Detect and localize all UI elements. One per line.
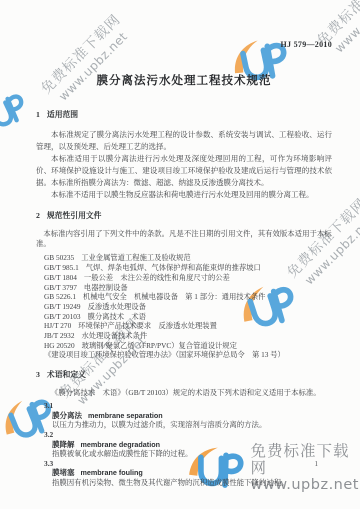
upbz-logo-icon xyxy=(0,84,34,141)
reference-item: GB/T 985.1气焊、焊条电弧焊、气体保护焊和高能束焊的推荐坡口 xyxy=(44,263,332,273)
term-en: membrane separation xyxy=(88,411,163,420)
reference-code: HG 20520 xyxy=(44,341,75,350)
section-number: 1 xyxy=(36,110,40,119)
paragraph: 本标准不适用于以膜生物反应器法和荷电膜进行污水处理及回用的膜分离工程。 xyxy=(36,189,332,201)
section-title: 适用范围 xyxy=(47,110,78,119)
reference-code: GB/T 3797 xyxy=(44,283,77,292)
reference-title: 环境保护产品技术要求 反渗透水处理装置 xyxy=(78,321,217,330)
reference-code: GB/T 19249 xyxy=(44,302,81,311)
reference-code: GB 50235 xyxy=(44,253,74,262)
term-heading: 膜堵塞membrane fouling xyxy=(52,468,332,478)
term-definition: 以压力为推动力，以膜为过滤介质，实现溶剂与溶质分离的方法。 xyxy=(52,420,332,430)
term-number: 3.3 xyxy=(44,459,332,469)
reference-item: HJ/T 270环境保护产品技术要求 反渗透水处理装置 xyxy=(44,321,332,331)
term-zh: 膜堵塞 xyxy=(52,468,75,477)
reference-code: GB 5226.1 xyxy=(44,292,76,301)
term-zh: 膜降解 xyxy=(52,440,75,449)
reference-code: GB/T 1804 xyxy=(44,273,77,282)
section-heading-terms: 3术语和定义 xyxy=(36,370,332,380)
reference-title: 电器控制设备 xyxy=(84,283,128,292)
term-en: membrane degradation xyxy=(81,440,160,449)
section-intro: 《膜分离技术 术语》（GB/T 20103）规定的术语及下列术语和定义适用于本标… xyxy=(36,388,332,398)
document-content: HJ 579—2010 膜分离法污水处理工程技术规范 1适用范围 本标准规定了膜… xyxy=(36,40,332,488)
reference-title: 《建设项目竣工环境保护验收管理办法》（国家环境保护总局令 第 13 号） xyxy=(44,350,285,359)
reference-code: HJ/T 270 xyxy=(44,321,71,330)
reference-item: GB/T 20103膜分离技术 术语 xyxy=(44,312,332,322)
section-intro: 本标准内容引用了下列文件中的条款。凡是不注日期的引用文件，其有效版本适用于本标准… xyxy=(36,229,332,249)
page-number: 1 xyxy=(315,460,319,468)
term-definition: 指膜被氧化或水解造成膜性能下降的过程。 xyxy=(52,449,332,459)
term-heading: 膜分离法membrane separation xyxy=(52,411,332,421)
term-number: 3.2 xyxy=(44,430,332,440)
reference-title: 玻璃钢/聚氯乙烯（FRP/PVC）复合管道设计规定 xyxy=(82,341,237,350)
paragraph: 本标准规定了膜分离法污水处理工程的设计参数、系统安装与调试、工程验收、运行管理，… xyxy=(36,129,332,153)
reference-item: GB 50235工业金属管道工程施工及验收规范 xyxy=(44,253,332,263)
reference-title: 机械电气安全 机械电器设备 第 1 部分：通用技术条件 xyxy=(83,292,265,301)
section-number: 2 xyxy=(36,211,40,220)
doc-number: HJ 579—2010 xyxy=(36,40,332,50)
section-heading-references: 2规范性引用文件 xyxy=(36,211,332,221)
term-definition: 指膜因有机污染物、微生物及其代谢产物的沉积造成膜性能下降的过程。 xyxy=(52,478,332,488)
reference-title: 一般公差 未注公差的线性和角度尺寸的公差 xyxy=(84,273,230,282)
reference-item: GB 5226.1机械电气安全 机械电器设备 第 1 部分：通用技术条件 xyxy=(44,292,332,302)
term-heading: 膜降解membrane degradation xyxy=(52,440,332,450)
term-en: membrane fouling xyxy=(81,468,143,477)
section-title: 术语和定义 xyxy=(47,370,86,379)
section-heading-scope: 1适用范围 xyxy=(36,110,332,120)
references-list: GB 50235工业金属管道工程施工及验收规范 GB/T 985.1气焊、焊条电… xyxy=(36,253,332,360)
reference-item: 《建设项目竣工环境保护验收管理办法》（国家环境保护总局令 第 13 号） xyxy=(44,350,332,360)
reference-item: JB/T 2932水处理设备技术条件 xyxy=(44,331,332,341)
reference-code: JB/T 2932 xyxy=(44,331,74,340)
reference-item: HG 20520玻璃钢/聚氯乙烯（FRP/PVC）复合管道设计规定 xyxy=(44,341,332,351)
upbz-logo-icon xyxy=(0,84,34,141)
reference-title: 膜分离技术 术语 xyxy=(88,312,146,321)
section-title: 规范性引用文件 xyxy=(47,211,102,220)
page-title: 膜分离法污水处理工程技术规范 xyxy=(36,74,332,88)
term-number: 3.1 xyxy=(44,401,332,411)
paragraph: 本标准适用于以膜分离法进行污水处理及深度处理回用的工程，可作为环境影响评价、环境… xyxy=(36,153,332,189)
reference-title: 气焊、焊条电弧焊、气体保护焊和高能束焊的推荐坡口 xyxy=(86,263,261,272)
reference-item: GB/T 1804一般公差 未注公差的线性和角度尺寸的公差 xyxy=(44,273,332,283)
reference-title: 工业金属管道工程施工及验收规范 xyxy=(81,253,190,262)
reference-item: GB/T 19249反渗透水处理设备 xyxy=(44,302,332,312)
reference-code: GB/T 20103 xyxy=(44,312,81,321)
reference-code: GB/T 985.1 xyxy=(44,263,79,272)
term-zh: 膜分离法 xyxy=(52,411,82,420)
document-page: 免费标准下载网 www.upbz.net 免费标准下载网 www.upbz.ne… xyxy=(0,0,360,509)
reference-title: 水处理设备技术条件 xyxy=(81,331,147,340)
section-number: 3 xyxy=(36,370,40,379)
reference-item: GB/T 3797电器控制设备 xyxy=(44,283,332,293)
reference-title: 反渗透水处理设备 xyxy=(88,302,146,311)
terms-list: 3.1 膜分离法membrane separation 以压力为推动力，以膜为过… xyxy=(36,401,332,487)
